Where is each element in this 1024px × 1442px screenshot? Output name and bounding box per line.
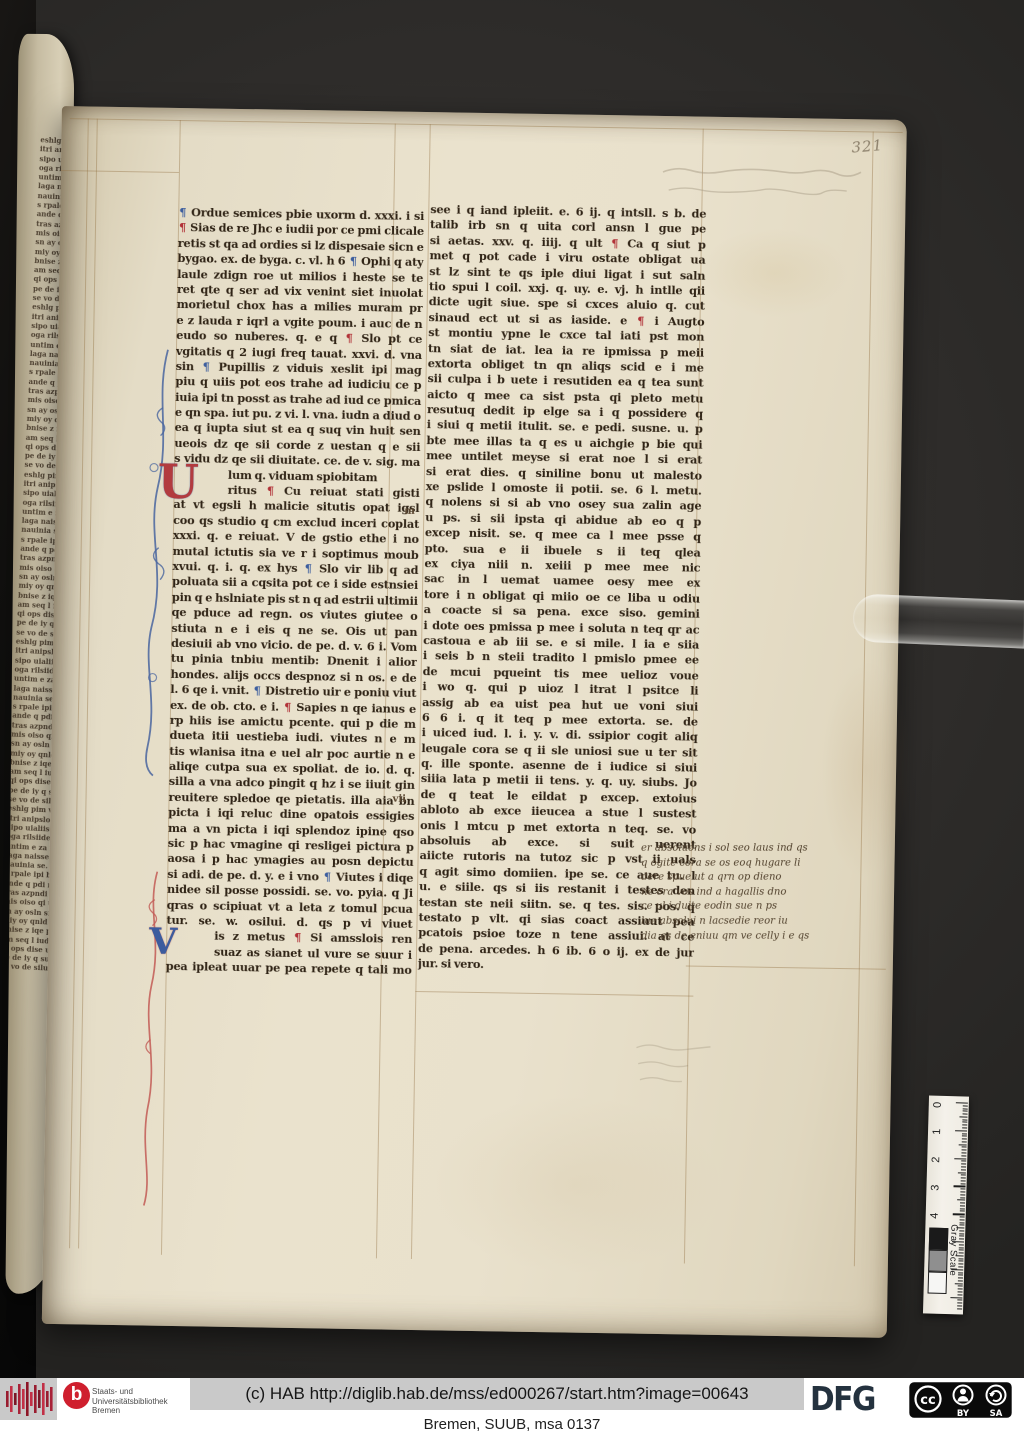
ruler-number: 3 [929, 1185, 941, 1191]
ruler-tick [960, 1216, 965, 1217]
margin-flourish-blue [137, 347, 182, 778]
ruler-tick [962, 1125, 967, 1126]
ruler-tick [957, 1303, 962, 1304]
ruling-line [61, 170, 179, 173]
ruler-tick [962, 1127, 967, 1128]
cc-license-badge: cc BY SA [906, 1379, 1016, 1421]
illuminated-initial-1: U [157, 459, 199, 507]
ruler-tick [958, 1172, 966, 1173]
ruler-number: 1 [931, 1129, 943, 1135]
ruler-tick [954, 1158, 966, 1160]
ruler-tick [960, 1191, 965, 1192]
paraph-mark: ¶ [253, 683, 262, 697]
ruler-tick [957, 1308, 962, 1309]
paraph-mark: ¶ [349, 254, 358, 268]
paraph-mark: ¶ [283, 699, 292, 713]
ruler-tick [960, 1219, 965, 1220]
ruling-line [78, 119, 98, 1249]
ruler-tick [963, 1111, 968, 1112]
ruler-tick [958, 1280, 963, 1281]
ruler-tick [959, 1247, 964, 1248]
ruler-tick [958, 1291, 963, 1292]
ruler-tick [961, 1183, 966, 1184]
ruler-tick [959, 1116, 967, 1117]
parchment-stain [423, 1092, 726, 1277]
ruler-tick [960, 1197, 965, 1198]
ruler-tick [962, 1119, 967, 1120]
ruler-number: 0 [932, 1102, 944, 1108]
ruler-tick [963, 1114, 968, 1115]
manuscript-text-line: ce ul i duite eodin sue n ps [641, 900, 877, 915]
ruler-tick [959, 1244, 964, 1245]
ruler-tick [961, 1169, 966, 1170]
ruler-tick [961, 1177, 966, 1178]
ruler-tick [963, 1108, 968, 1109]
ruling-line [70, 118, 903, 133]
ruler-tick [958, 1261, 963, 1262]
manuscript-page: 321 ¶ Ordue semices pbie uxorm d. xxxi. … [42, 106, 907, 1338]
ruler-tick [958, 1286, 963, 1287]
copyright-bar: (c) HAB http://diglib.hab.de/mss/ed00026… [190, 1378, 804, 1410]
library-logo-bars-icon [0, 1378, 57, 1420]
ruler-tick [956, 1102, 968, 1104]
ruler-tick [961, 1161, 966, 1162]
paraph-mark: ¶ [636, 313, 645, 327]
ruler-tick [960, 1194, 965, 1195]
ruler-tick [962, 1133, 967, 1134]
ruler-tick [961, 1152, 966, 1153]
page-number: 321 [851, 136, 884, 157]
ruler-tick [962, 1147, 967, 1148]
footer-bar: b Staats- und Universitätsbibliothek Bre… [0, 1378, 1024, 1442]
paraph-mark: ¶ [304, 561, 313, 575]
ruler-tick [961, 1166, 966, 1167]
ruler-tick [959, 1239, 964, 1240]
ruler-tick [959, 1250, 964, 1251]
ruler-tick [959, 1233, 964, 1234]
manuscript-text-line: er absoluons i sol seo laus ind qs [641, 842, 877, 857]
paraph-mark: ¶ [266, 483, 275, 497]
library-name: Staats- und Universitätsbibliothek Breme… [92, 1387, 168, 1416]
paraph-mark: ¶ [178, 220, 187, 234]
ruler-tick [962, 1141, 967, 1142]
ruling-line [415, 991, 693, 997]
ruler-tick [961, 1155, 966, 1156]
svg-text:cc: cc [920, 1393, 935, 1408]
ruler-ticks [929, 1095, 969, 1096]
ruler-tick [953, 1213, 965, 1215]
ruler-tick [962, 1122, 967, 1123]
paraph-mark: ¶ [323, 869, 332, 883]
manuscript-text-line: jur. si vero. [418, 956, 694, 976]
paraph-mark: ¶ [293, 930, 302, 944]
ruler-tick [962, 1139, 967, 1140]
ruler-tick [958, 1289, 963, 1290]
ruler-tick [960, 1211, 965, 1212]
ruler-tick [960, 1205, 965, 1206]
ruler-tick [960, 1208, 965, 1209]
pencil-note-faint [658, 160, 874, 206]
ruler-tick [958, 1277, 963, 1278]
library-name-line1: Staats- und [92, 1387, 168, 1397]
shelfmark-caption: Bremen, SUUB, msa 0137 [0, 1416, 1024, 1433]
library-name-line2: Universitätsbibliothek [92, 1397, 168, 1407]
ruler-tick [954, 1186, 966, 1188]
ruler-tick [960, 1222, 965, 1223]
marginal-note: er absoluons i sol seo laus ind qsq ogit… [641, 842, 877, 944]
ruler-tick [959, 1230, 964, 1231]
ruler-tick [959, 1236, 964, 1237]
manuscript-text-line: q ogite cora se os eoq hugare li [641, 856, 877, 871]
dfg-logo: DFG [810, 1379, 875, 1418]
illuminated-initial-2: V [149, 924, 178, 960]
ruler-tick [957, 1294, 962, 1295]
text-column-1: ¶ Ordue semices pbie uxorm d. xxxi. i si… [166, 205, 425, 979]
grayscale-swatch-gray [928, 1250, 948, 1273]
paraph-mark: ¶ [202, 359, 211, 373]
manuscript-text-line: dia qs de eniuu qm ve celly i e qs [641, 929, 877, 944]
ruler-tick [963, 1105, 968, 1106]
ruler-tick [960, 1202, 965, 1203]
ruling-line [69, 118, 89, 1248]
library-name-line3: Bremen [92, 1406, 168, 1416]
ruler-tick [958, 1275, 963, 1276]
ruler-tick [957, 1300, 962, 1301]
photo-stage: eshlg pim vse darmitri anipsloe exsensip… [0, 0, 1024, 1442]
ruler-tick [955, 1130, 967, 1132]
svg-text:SA: SA [990, 1409, 1003, 1419]
ruler-tick [962, 1136, 967, 1137]
manuscript-text-line: pea ipleat uuar pe pea repete q tali mo [166, 959, 412, 978]
measure-ruler: 0 1 2 3 4 Gray Scale [923, 1095, 969, 1314]
ruler-tick [958, 1264, 963, 1265]
ruler-tick [962, 1150, 967, 1151]
ruler-tick [960, 1189, 965, 1190]
ruler-number: 2 [930, 1157, 942, 1163]
ruler-tick [961, 1175, 966, 1176]
grayscale-swatch-white [928, 1272, 948, 1295]
ruler-tick [959, 1252, 964, 1253]
ruler-tick [957, 1305, 962, 1306]
ruler-tick [958, 1272, 963, 1273]
ruler-tick [950, 1297, 962, 1299]
ruler-tick [958, 1266, 963, 1267]
library-logo-b-icon: b [63, 1382, 90, 1409]
copyright-text: (c) HAB http://diglib.hab.de/mss/ed00026… [245, 1384, 748, 1404]
paraph-mark: ¶ [610, 236, 619, 250]
ruling-line [686, 965, 886, 969]
intercolumn-mark: vii [392, 794, 406, 805]
gray-scale-label: Gray Scale [947, 1224, 959, 1276]
paraph-mark: ¶ [345, 331, 354, 345]
manuscript-text-line: lue absolui n lacsedie reor iu [641, 915, 877, 930]
ruler-tick [961, 1164, 966, 1165]
glass-plate-holder [852, 593, 1024, 648]
ruler-number: 4 [929, 1213, 941, 1219]
grayscale-swatch-black [929, 1228, 949, 1251]
paraph-mark: ¶ [178, 205, 187, 219]
manuscript-text-line: ne ora vos ind a hagallis dno [641, 885, 877, 900]
pencil-note-faint [630, 1038, 751, 1100]
ruler-tick [961, 1180, 966, 1181]
ruler-tick [959, 1225, 964, 1226]
parchment-stain [699, 227, 850, 319]
ruler-tick [959, 1144, 967, 1145]
ruler-tick [955, 1283, 963, 1284]
intercolumn-mark: m [404, 506, 415, 517]
ruler-tick [957, 1200, 965, 1201]
ruler-tick [958, 1258, 963, 1259]
manuscript-text-line: dere spue ut a qrn op dieno [641, 871, 877, 886]
svg-text:BY: BY [957, 1409, 970, 1419]
